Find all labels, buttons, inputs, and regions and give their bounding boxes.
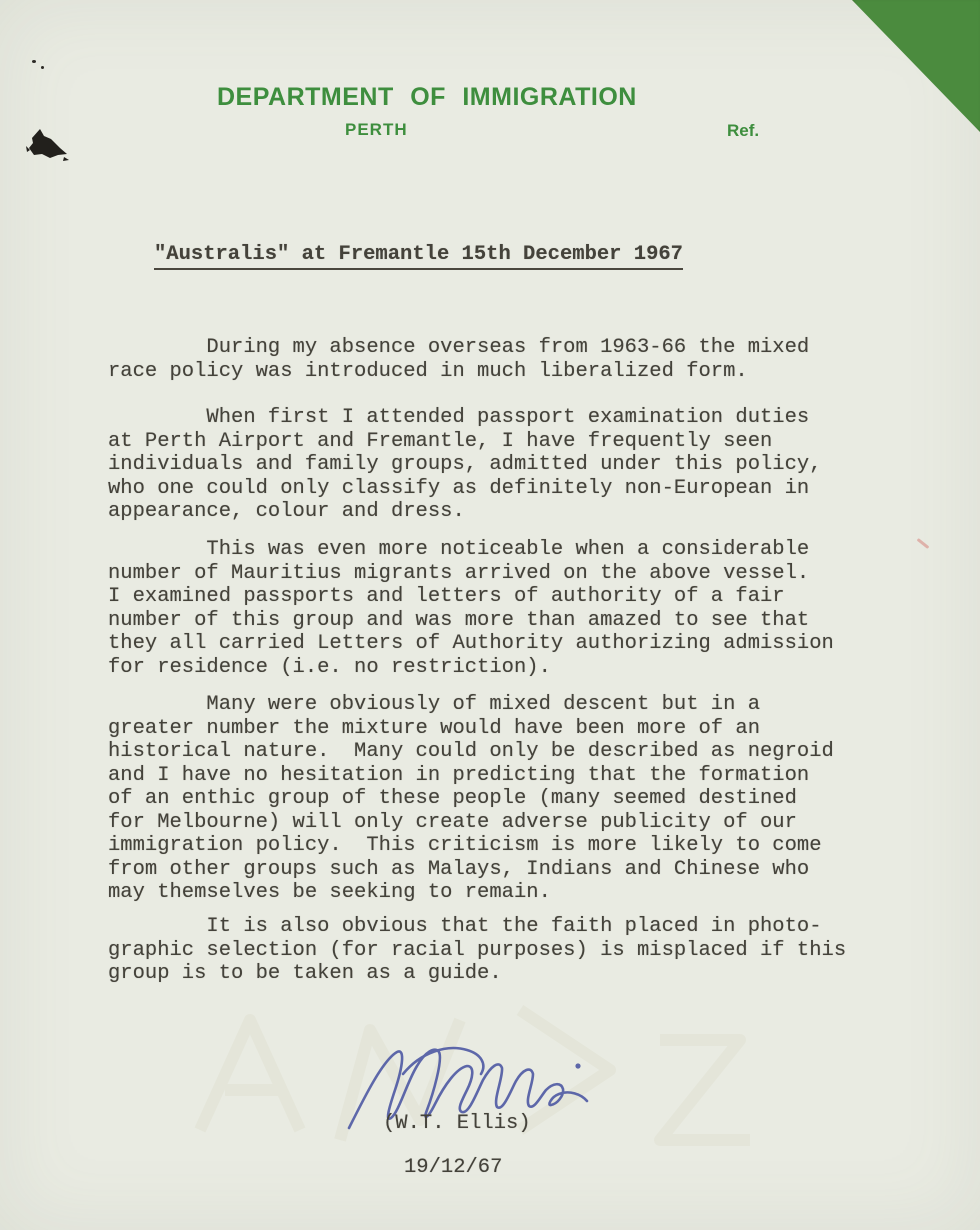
letterhead-ref-label: Ref.: [727, 121, 759, 141]
letterhead-department: DEPARTMENT OF IMMIGRATION: [217, 83, 637, 112]
paragraph-1: During my absence overseas from 1963-66 …: [108, 336, 809, 383]
pink-mark: [917, 538, 930, 549]
paragraph-5: It is also obvious that the faith placed…: [108, 915, 846, 986]
subject-line: "Australis" at Fremantle 15th December 1…: [154, 243, 683, 266]
paper-speck: [41, 66, 44, 69]
signature-typed-name: (W.T. Ellis): [383, 1112, 531, 1135]
paragraph-2: When first I attended passport examinati…: [108, 406, 822, 524]
ink-blot: [20, 122, 74, 166]
letterhead-city: PERTH: [345, 120, 408, 140]
document-page: DEPARTMENT OF IMMIGRATION PERTH Ref. "Au…: [0, 0, 980, 1230]
paragraph-4: Many were obviously of mixed descent but…: [108, 693, 834, 905]
subject-text: "Australis" at Fremantle 15th December 1…: [154, 243, 683, 270]
paragraph-3: This was even more noticeable when a con…: [108, 538, 834, 679]
green-corner-fold: [852, 0, 980, 132]
signature-date: 19/12/67: [404, 1156, 502, 1179]
paper-speck: [32, 60, 36, 63]
